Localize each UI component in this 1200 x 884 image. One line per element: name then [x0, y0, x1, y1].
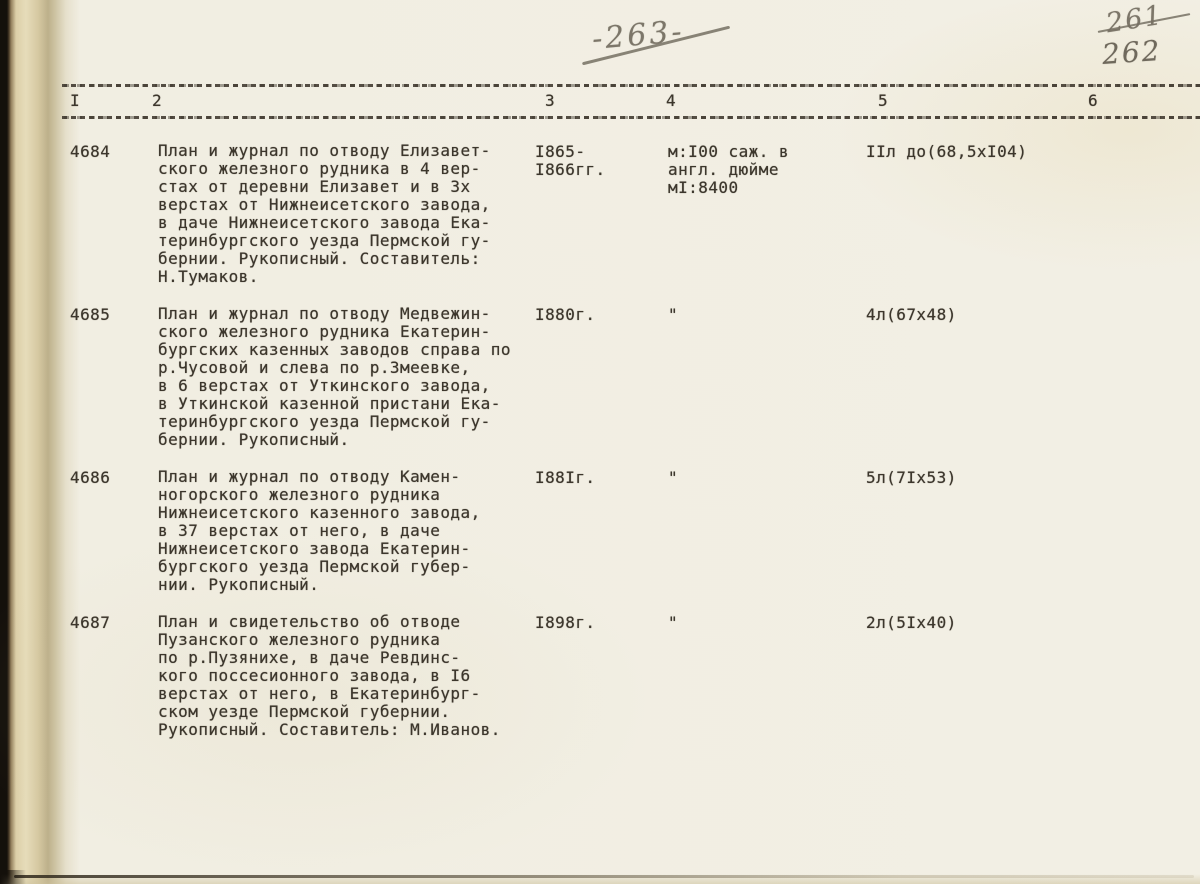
entry-description: План и свидетельство об отводе Пузанског… [158, 613, 562, 739]
entry-extent: 2л(5Iх40) [866, 614, 957, 632]
entry-extent: 5л(7Iх53) [866, 469, 957, 487]
entry-number: 4686 [70, 469, 110, 487]
page-number-current: 262 [1101, 34, 1163, 71]
table-row: 4684 План и журнал по отводу Елизавет- с… [0, 142, 1200, 286]
entry-date: I898г. [535, 614, 596, 632]
entry-scale: м:I00 саж. в англ. дюйме мI:8400 [668, 143, 789, 197]
entry-date: I88Iг. [535, 469, 596, 487]
dashed-rule-bottom [62, 116, 1200, 119]
dashed-rule-top [62, 84, 1200, 87]
entry-scale: " [668, 469, 678, 487]
book-spine-corner [0, 870, 26, 884]
scanned-catalog-page: -263- 261 262 I23456 4684 План и журнал … [0, 0, 1200, 884]
column-header-5: 5 [878, 92, 888, 110]
column-header-6: 6 [1088, 92, 1098, 110]
entry-number: 4685 [70, 306, 110, 324]
entry-description: План и журнал по отводу Камен- ногорског… [158, 468, 562, 594]
entry-scale: " [668, 614, 678, 632]
column-header-3: 3 [545, 92, 555, 110]
table-header: I23456 [0, 92, 1200, 112]
column-header-4: 4 [666, 92, 676, 110]
table-row: 4685 План и журнал по отводу Медвежин- с… [0, 305, 1200, 449]
entry-description: План и журнал по отводу Елизавет- ского … [158, 142, 562, 286]
page-bottom-edge [14, 875, 1194, 878]
entry-date: I865- I866гг. [535, 143, 606, 179]
entry-extent: IIл до(68,5хI04) [866, 143, 1027, 161]
column-header-2: 2 [152, 92, 162, 110]
entry-number: 4687 [70, 614, 110, 632]
table-row: 4687 План и свидетельство об отводе Пуза… [0, 613, 1200, 739]
column-header-1: I [70, 92, 80, 110]
catalog-table: 4684 План и журнал по отводу Елизавет- с… [0, 142, 1200, 758]
entry-date: I880г. [535, 306, 596, 324]
entry-description: План и журнал по отводу Медвежин- ского … [158, 305, 562, 449]
entry-scale: " [668, 306, 678, 324]
entry-extent: 4л(67х48) [866, 306, 957, 324]
table-row: 4686 План и журнал по отводу Камен- ного… [0, 468, 1200, 594]
entry-number: 4684 [70, 143, 110, 161]
